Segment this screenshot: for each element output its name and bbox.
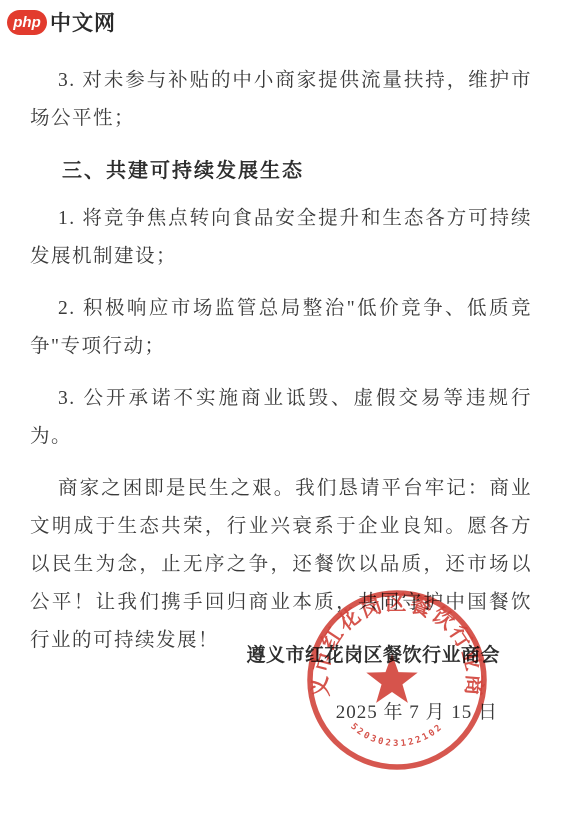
seal-code-text: 5203023122102	[348, 722, 445, 749]
official-seal: 遵义市红花岗区餐饮行业商会 5203023122102	[302, 585, 492, 775]
paragraph-item-2: 2. 积极响应市场监管总局整治"低价竞争、低质竞争"专项行动；	[30, 290, 532, 366]
php-logo-icon: php	[7, 10, 47, 35]
document-page: php 中文网 3. 对未参与补贴的中小商家提供流量扶持，维护市场公平性； 三、…	[0, 0, 562, 826]
paragraph-item-3-flow: 3. 对未参与补贴的中小商家提供流量扶持，维护市场公平性；	[30, 62, 532, 138]
letter-body: 3. 对未参与补贴的中小商家提供流量扶持，维护市场公平性； 三、共建可持续发展生…	[30, 62, 532, 674]
paragraph-item-3: 3. 公开承诺不实施商业诋毁、虚假交易等违规行为。	[30, 380, 532, 456]
paragraph-item-1: 1. 将竞争焦点转向食品安全提升和生态各方可持续发展机制建设；	[30, 200, 532, 276]
svg-text:5203023122102: 5203023122102	[348, 722, 445, 749]
site-name: 中文网	[50, 7, 116, 37]
star-icon	[366, 654, 417, 703]
site-logo[interactable]: php 中文网	[7, 7, 116, 37]
section-heading: 三、共建可持续发展生态	[30, 152, 532, 190]
